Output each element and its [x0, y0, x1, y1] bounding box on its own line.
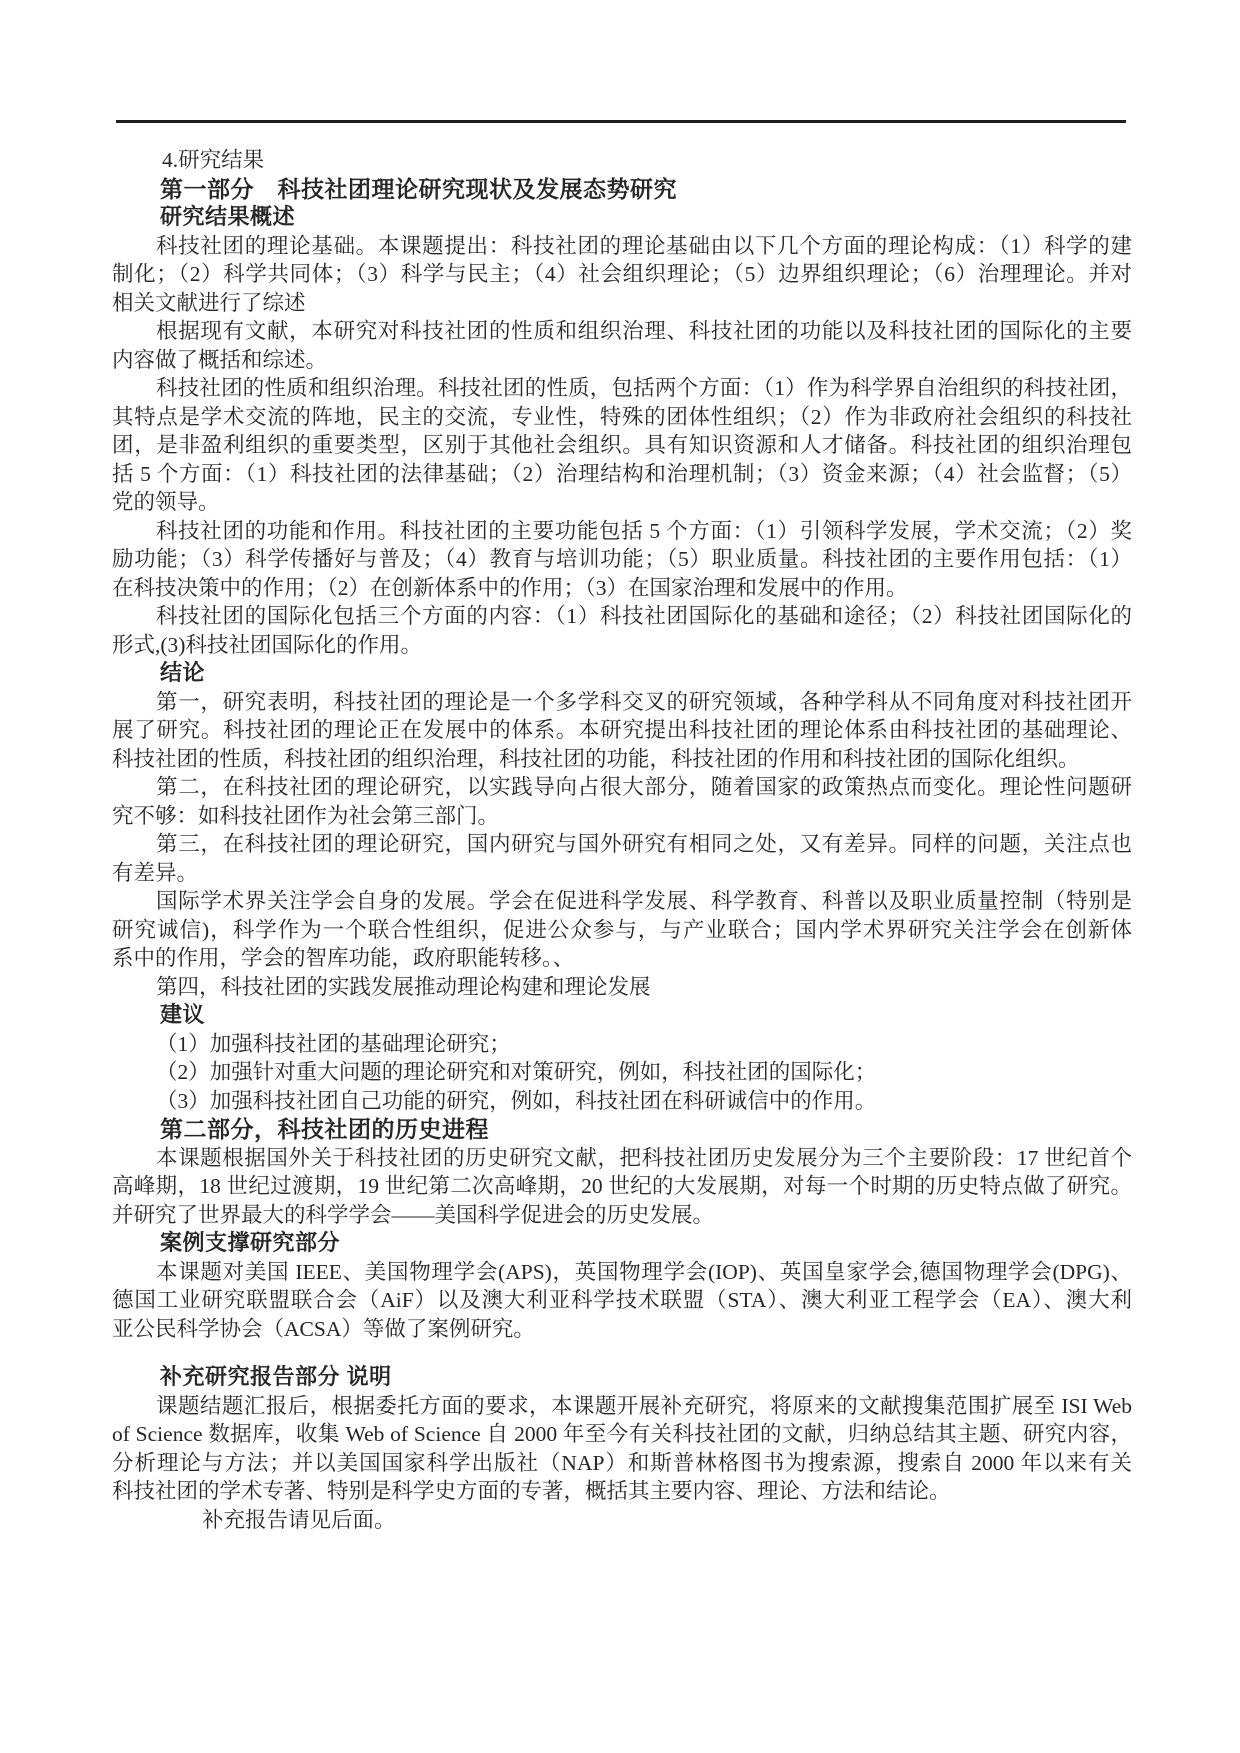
- paragraph-line: 党的领导。: [112, 488, 1132, 517]
- paragraph: 科技社团的国际化包括三个方面的内容：（1）科技社团国际化的基础和途径；（2）科技…: [112, 602, 1132, 659]
- paragraph: （2）加强针对重大问题的理论研究和对策研究，例如，科技社团的国际化；: [112, 1058, 1132, 1087]
- paragraph: 课题结题汇报后，根据委托方面的要求，本课题开展补充研究，将原来的文献搜集范围扩展…: [112, 1392, 1132, 1506]
- paragraph-line: （1）加强科技社团的基础理论研究；: [112, 1030, 1132, 1059]
- paragraph-line: 研究诚信)，科学作为一个联合性组织，促进公众参与，与产业联合；国内学术界研究关注…: [112, 916, 1132, 945]
- paragraph: 根据现有文献，本研究对科技社团的性质和组织治理、科技社团的功能以及科技社团的国际…: [112, 317, 1132, 374]
- paragraph: 科技社团的理论基础。本课题提出：科技社团的理论基础由以下几个方面的理论构成：（1…: [112, 232, 1132, 318]
- paragraph-line: 科技社团的理论基础。本课题提出：科技社团的理论基础由以下几个方面的理论构成：（1…: [112, 232, 1132, 261]
- paragraph: 第三，在科技社团的理论研究，国内研究与国外研究有相同之处，又有差异。同样的问题，…: [112, 830, 1132, 887]
- paragraph-line: 分析理论与方法；并以美国国家科学出版社（NAP）和斯普林格图书为搜索源，搜索自 …: [112, 1449, 1132, 1478]
- paragraph: 本课题对美国 IEEE、美国物理学会(APS)，英国物理学会(IOP)、英国皇家…: [112, 1258, 1132, 1344]
- sub-heading: 建议: [112, 1001, 1132, 1030]
- paragraph-line: 并研究了世界最大的科学学会——美国科学促进会的历史发展。: [112, 1201, 1132, 1230]
- part-heading: 第一部分 科技社团理论研究现状及发展态势研究: [112, 175, 1132, 204]
- paragraph-line: 相关文献进行了综述: [112, 289, 1132, 318]
- sub-heading: 案例支撑研究部分: [112, 1229, 1132, 1258]
- paragraph: 科技社团的功能和作用。科技社团的主要功能包括 5 个方面：（1）引领科学发展，学…: [112, 517, 1132, 603]
- paragraph-line: 科技社团的性质和组织治理。科技社团的性质，包括两个方面：（1）作为科学界自治组织…: [112, 374, 1132, 403]
- paragraph-line: 高峰期，18 世纪过渡期，19 世纪第二次高峰期，20 世纪的大发展期，对每一个…: [112, 1172, 1132, 1201]
- document-content: 4.研究结果第一部分 科技社团理论研究现状及发展态势研究研究结果概述科技社团的理…: [112, 146, 1132, 1534]
- paragraph-line: 课题结题汇报后，根据委托方面的要求，本课题开展补充研究，将原来的文献搜集范围扩展…: [112, 1392, 1132, 1421]
- document-page: 4.研究结果第一部分 科技社团理论研究现状及发展态势研究研究结果概述科技社团的理…: [0, 0, 1240, 1753]
- paragraph-line: 系中的作用，学会的智库功能，政府职能转移。、: [112, 944, 1132, 973]
- paragraph-line: 根据现有文献，本研究对科技社团的性质和组织治理、科技社团的功能以及科技社团的国际…: [112, 317, 1132, 346]
- paragraph-line: 励功能；（3）科学传播好与普及；（4）教育与培训功能；（5）职业质量。科技社团的…: [112, 545, 1132, 574]
- paragraph: 第二，在科技社团的理论研究，以实践导向占很大部分，随着国家的政策热点而变化。理论…: [112, 773, 1132, 830]
- header-rule: [116, 120, 1126, 123]
- closing-note: 补充报告请见后面。: [112, 1506, 1132, 1535]
- paragraph-line: 其特点是学术交流的阵地，民主的交流，专业性，特殊的团体性组织；（2）作为非政府社…: [112, 403, 1132, 432]
- sub-heading: 补充研究报告部分 说明: [112, 1363, 1132, 1392]
- paragraph-line: 科技社团的学术专著、特别是科学史方面的专著，概括其主要内容、理论、方法和结论。: [112, 1477, 1132, 1506]
- paragraph-line: 国际学术界关注学会自身的发展。学会在促进科学发展、科学教育、科普以及职业质量控制…: [112, 887, 1132, 916]
- paragraph-line: 团，是非盈利组织的重要类型，区别于其他社会组织。具有知识资源和人才储备。科技社团…: [112, 431, 1132, 460]
- paragraph-line: 本课题根据国外关于科技社团的历史研究文献，把科技社团历史发展分为三个主要阶段：1…: [112, 1144, 1132, 1173]
- paragraph-line: （2）加强针对重大问题的理论研究和对策研究，例如，科技社团的国际化；: [112, 1058, 1132, 1087]
- paragraph-line: 内容做了概括和综述。: [112, 346, 1132, 375]
- section-gap: [112, 1343, 1132, 1363]
- paragraph-line: 有差异。: [112, 859, 1132, 888]
- paragraph-line: 制化；（2）科学共同体；（3）科学与民主；（4）社会组织理论；（5）边界组织理论…: [112, 260, 1132, 289]
- sub-heading: 研究结果概述: [112, 203, 1132, 232]
- paragraph-line: 究不够：如科技社团作为社会第三部门。: [112, 802, 1132, 831]
- paragraph-line: 第四，科技社团的实践发展推动理论构建和理论发展: [112, 973, 1132, 1002]
- paragraph: 第一，研究表明，科技社团的理论是一个多学科交叉的研究领域，各种学科从不同角度对科…: [112, 688, 1132, 774]
- paragraph: （1）加强科技社团的基础理论研究；: [112, 1030, 1132, 1059]
- part-heading: 第二部分，科技社团的历史进程: [112, 1115, 1132, 1144]
- paragraph-line: 本课题对美国 IEEE、美国物理学会(APS)，英国物理学会(IOP)、英国皇家…: [112, 1258, 1132, 1287]
- paragraph: 本课题根据国外关于科技社团的历史研究文献，把科技社团历史发展分为三个主要阶段：1…: [112, 1144, 1132, 1230]
- paragraph: 科技社团的性质和组织治理。科技社团的性质，包括两个方面：（1）作为科学界自治组织…: [112, 374, 1132, 517]
- paragraph-line: 科技社团的国际化包括三个方面的内容：（1）科技社团国际化的基础和途径；（2）科技…: [112, 602, 1132, 631]
- paragraph-line: 科技社团的功能和作用。科技社团的主要功能包括 5 个方面：（1）引领科学发展，学…: [112, 517, 1132, 546]
- paragraph-line: 第一，研究表明，科技社团的理论是一个多学科交叉的研究领域，各种学科从不同角度对科…: [112, 688, 1132, 717]
- sub-heading: 结论: [112, 659, 1132, 688]
- paragraph-line: 亚公民科学协会（ACSA）等做了案例研究。: [112, 1315, 1132, 1344]
- paragraph-line: 第二，在科技社团的理论研究，以实践导向占很大部分，随着国家的政策热点而变化。理论…: [112, 773, 1132, 802]
- paragraph-line: 展了研究。科技社团的理论正在发展中的体系。本研究提出科技社团的理论体系由科技社团…: [112, 716, 1132, 745]
- paragraph-line: 形式,(3)科技社团国际化的作用。: [112, 631, 1132, 660]
- paragraph: 国际学术界关注学会自身的发展。学会在促进科学发展、科学教育、科普以及职业质量控制…: [112, 887, 1132, 973]
- paragraph-line: of Science 数据库，收集 Web of Science 自 2000 …: [112, 1420, 1132, 1449]
- paragraph-line: （3）加强科技社团自己功能的研究，例如，科技社团在科研诚信中的作用。: [112, 1087, 1132, 1116]
- paragraph: 第四，科技社团的实践发展推动理论构建和理论发展: [112, 973, 1132, 1002]
- paragraph-line: 第三，在科技社团的理论研究，国内研究与国外研究有相同之处，又有差异。同样的问题，…: [112, 830, 1132, 859]
- paragraph-line: 括 5 个方面：（1）科技社团的法律基础；（2）治理结构和治理机制；（3）资金来…: [112, 460, 1132, 489]
- paragraph-line: 科技社团的性质，科技社团的组织治理，科技社团的功能，科技社团的作用和科技社团的国…: [112, 745, 1132, 774]
- paragraph: （3）加强科技社团自己功能的研究，例如，科技社团在科研诚信中的作用。: [112, 1087, 1132, 1116]
- section-number-line: 4.研究结果: [112, 146, 1132, 175]
- paragraph-line: 德国工业研究联盟联合会（AiF）以及澳大利亚科学技术联盟（STA）、澳大利亚工程…: [112, 1286, 1132, 1315]
- paragraph-line: 在科技决策中的作用；（2）在创新体系中的作用；（3）在国家治理和发展中的作用。: [112, 574, 1132, 603]
